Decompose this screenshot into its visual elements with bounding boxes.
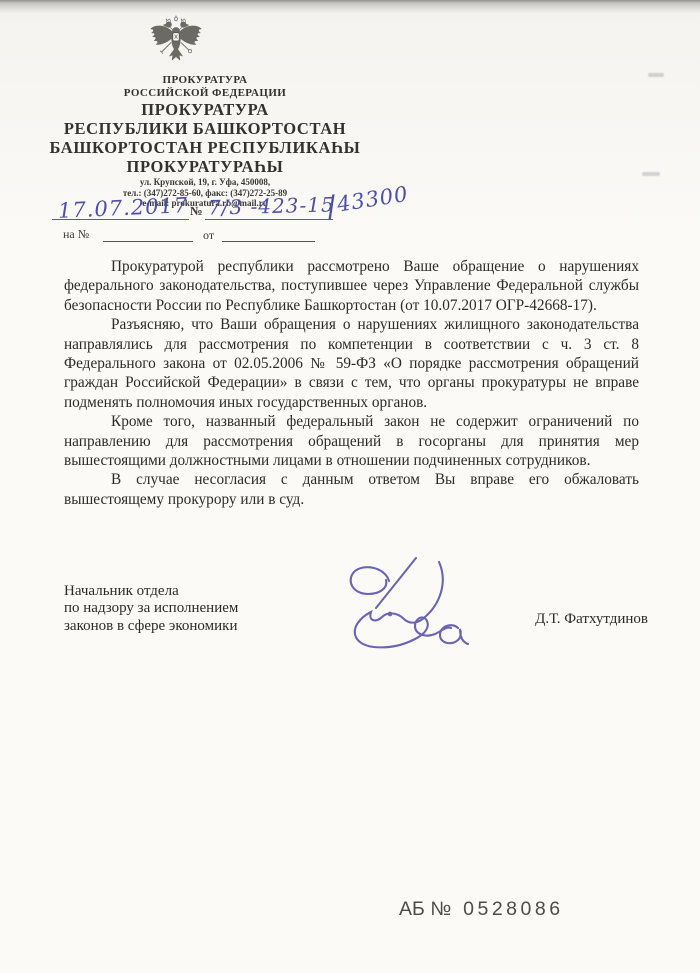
position-line3: законов в сфере экономики [64,618,238,635]
signer-position: Начальник отдела по надзору за исполнени… [64,583,238,635]
form-number: 0528086 [463,898,563,920]
org-ru-line1: ПРОКУРАТУРА [30,101,380,120]
org-ba-line2: ПРОКУРАТУРАҺЫ [30,158,380,177]
signer-name: Д.Т. Фатхутдинов [535,611,648,628]
number-sign: № [190,204,203,219]
letter-body: Прокуратурой республики рассмотрено Ваше… [64,257,639,509]
org-name-russian: ПРОКУРАТУРА РЕСПУБЛИКИ БАШКОРТОСТАН [30,101,380,138]
form-serial: АБ №0528086 [399,898,564,921]
position-line2: по надзору за исполнением [64,600,238,617]
position-line1: Начальник отдела [64,583,238,600]
reply-date-blank-line [222,241,315,242]
form-series: АБ № [399,898,451,920]
handwritten-outgoing-number: 7/3 -423-15 [208,192,335,219]
parent-org-line1: ПРОКУРАТУРА [30,74,380,87]
scan-edge-artifact [0,0,700,14]
org-name-bashkir: БАШКОРТОСТАН РЕСПУБЛИКАҺЫ ПРОКУРАТУРАҺЫ [30,139,380,176]
double-headed-eagle-icon [147,11,205,71]
reply-number-blank-line [103,241,193,242]
parent-org-line2: РОССИЙСКОЙ ФЕДЕРАЦИИ [30,87,380,100]
reply-to-label: на № [63,227,89,242]
paragraph-4: В случае несогласия с данным ответом Вы … [64,470,639,509]
address-line: ул. Крупской, 19, г. Уфа, 450008, [30,177,380,188]
number-blank-line [205,219,333,220]
suffix-digits: 43300 [335,182,410,217]
scan-smudge [642,172,660,176]
date-blank-line [52,219,189,220]
paragraph-1: Прокуратурой республики рассмотрено Ваше… [64,257,639,315]
handwritten-signature [327,551,477,676]
scan-smudge [648,73,664,77]
paragraph-2: Разъясняю, что Ваши обращения о нарушени… [64,315,639,412]
paragraph-3: Кроме того, названный федеральный закон … [64,412,639,470]
parent-org-name: ПРОКУРАТУРА РОССИЙСКОЙ ФЕДЕРАЦИИ [30,74,380,100]
org-ru-line2: РЕСПУБЛИКИ БАШКОРТОСТАН [30,120,380,139]
reply-from-label: от [203,228,214,243]
scanned-letter-page: ПРОКУРАТУРА РОССИЙСКОЙ ФЕДЕРАЦИИ ПРОКУРА… [0,0,700,973]
org-ba-line1: БАШКОРТОСТАН РЕСПУБЛИКАҺЫ [30,139,380,158]
